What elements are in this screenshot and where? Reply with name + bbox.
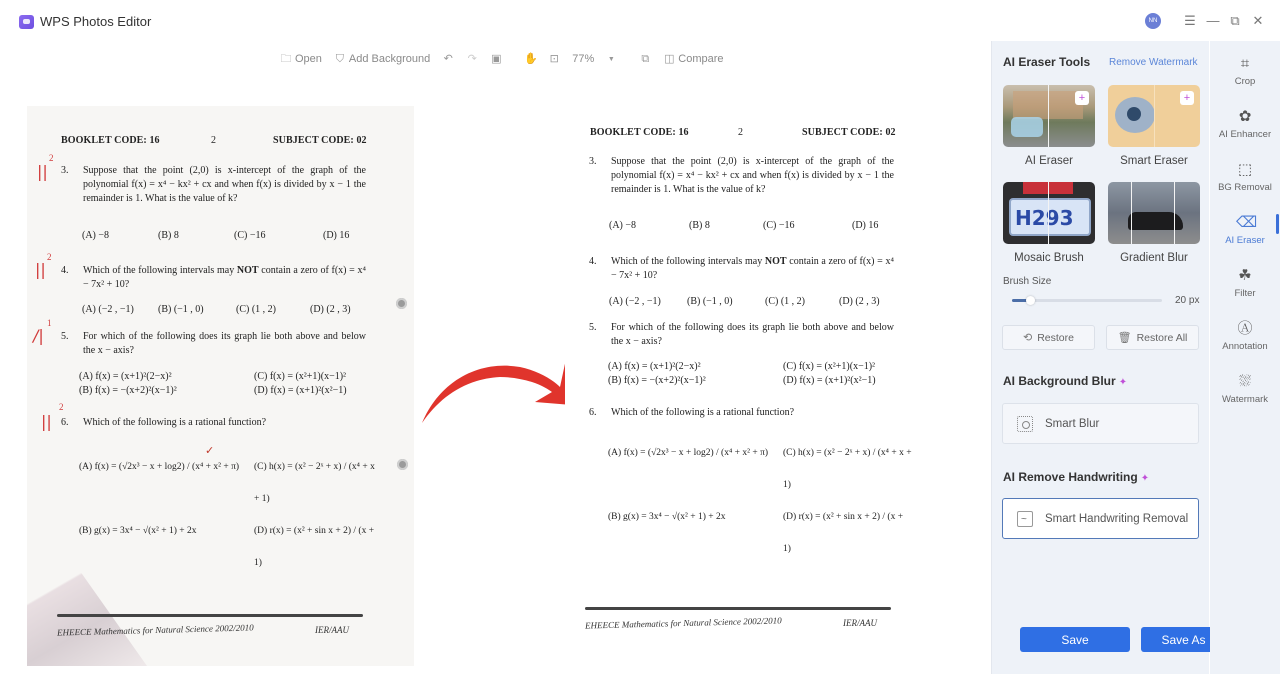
fit-screen-button[interactable]: ⊡ [548,54,560,65]
booklet-code: BOOKLET CODE: 16 [590,127,689,138]
background-icon: ⛉ [334,54,346,65]
zoom-dropdown[interactable]: 77% ▼ [572,53,617,65]
image-button[interactable]: ▣ [490,54,502,65]
nav-filter[interactable]: ☘ Filter [1210,267,1280,315]
toolbar: 🗀 Open ⛉ Add Background ↶ ↷ ▣ ✋ ⊡ 77% ▼ … [280,50,736,68]
ai-eraser-label: AI Eraser [1003,155,1095,167]
app-window: WPS Photos Editor NN ☰ — ⧉ ✕ 🗀 Open ⛉ Ad… [0,0,1280,674]
footer-right: IER/AAU [843,618,877,628]
blur-icon [1017,416,1033,432]
mosaic-brush-tool[interactable]: H293 Mosaic Brush [1003,182,1095,264]
nav-ai-enhancer[interactable]: ✿ AI Enhancer [1210,108,1280,156]
close-button[interactable]: ✕ [1250,12,1266,30]
sparkle-icon: ✦ [1119,377,1127,388]
restore-window-button[interactable]: ⧉ [1227,12,1243,30]
handwriting-score: 2 [59,402,64,412]
side-navigation: ⌗ Crop ✿ AI Enhancer ⬚ BG Removal ⌫ AI E… [1210,41,1280,674]
menu-icon[interactable]: ☰ [1182,12,1198,30]
nav-watermark[interactable]: ⛆ Watermark [1210,373,1280,421]
edited-image: BOOKLET CODE: 16 2 SUBJECT CODE: 02 3. S… [565,100,943,670]
handwriting-mark: || [37,162,48,181]
remove-watermark-link[interactable]: Remove Watermark [1109,57,1198,68]
annotation-icon: Ⓐ [1236,320,1254,338]
watermark-icon: ⛆ [1236,373,1254,391]
plus-icon: + [1075,91,1089,105]
compare-label: Compare [678,53,723,65]
question-5-options: (A) f(x) = (x+1)²(2−x)² (C) f(x) = (x²+1… [79,370,369,398]
user-avatar[interactable]: NN [1145,13,1161,29]
trash-icon: 🗑 [1118,331,1132,344]
copy-icon: ⧉ [639,54,651,65]
active-nav-indicator [1276,214,1279,234]
nav-ai-eraser[interactable]: ⌫ AI Eraser [1210,214,1280,262]
minimize-button[interactable]: — [1205,12,1221,30]
open-label: Open [295,53,322,65]
smart-handwriting-removal-button[interactable]: Smart Handwriting Removal [1002,498,1199,539]
nav-crop[interactable]: ⌗ Crop [1210,55,1280,103]
compare-handle[interactable] [397,459,408,470]
question-6-options: (A) f(x) = (√2x³ − x + log2) / (x⁴ + x² … [79,451,379,579]
mosaic-brush-thumbnail: H293 [1003,182,1095,244]
open-button[interactable]: 🗀 Open [280,53,322,65]
hand-icon: ✋ [524,54,536,65]
question-5-options: (A) f(x) = (x+1)²(2−x)² (C) f(x) = (x²+1… [608,360,908,388]
brush-size-value: 20 px [1175,295,1199,306]
folder-icon: 🗀 [280,54,292,65]
question-6-options: (A) f(x) = (√2x³ − x + log2) / (x⁴ + x² … [608,437,913,565]
sparkle-icon: ✦ [1141,473,1149,484]
page-number: 2 [211,135,216,146]
handwriting-score: 2 [49,153,54,163]
smart-eraser-tool[interactable]: + Smart Eraser [1108,85,1200,167]
save-button[interactable]: Save [1020,627,1130,652]
gradient-blur-label: Gradient Blur [1108,252,1200,264]
filter-icon: ☘ [1236,267,1254,285]
hand-tool-button[interactable]: ✋ [524,54,536,65]
page-number: 2 [738,127,743,138]
footer-right: IER/AAU [315,625,349,635]
handwriting-score: 2 [47,252,52,262]
question-3-options: (A) −8 (B) 8 (C) −16 (D) 16 [82,230,349,241]
question-3-options: (A) −8 (B) 8 (C) −16 (D) 16 [609,220,878,231]
smart-eraser-thumbnail: + [1108,85,1200,147]
smart-blur-button[interactable]: Smart Blur [1002,403,1199,444]
original-image: BOOKLET CODE: 16 2 SUBJECT CODE: 02 || 2… [27,106,414,666]
question-4-options: (A) (−2 , −1) (B) (−1 , 0) (C) (1 , 2) (… [82,304,351,315]
handwriting-mark: /| [33,326,44,345]
handwriting-score: 1 [47,318,52,328]
caret-down-icon: ▼ [605,54,617,65]
brush-size-slider[interactable] [1012,299,1162,302]
subject-code: SUBJECT CODE: 02 [802,127,896,138]
mosaic-brush-label: Mosaic Brush [1003,252,1095,264]
ai-eraser-thumbnail: + [1003,85,1095,147]
brush-size-thumb[interactable] [1026,296,1035,305]
compare-handle[interactable] [396,298,407,309]
crop-icon: ⌗ [1236,55,1254,73]
undo-icon: ↶ [442,54,454,65]
handwriting-mark: || [41,412,52,431]
ai-eraser-tool[interactable]: + AI Eraser [1003,85,1095,167]
fit-screen-icon: ⊡ [548,54,560,65]
app-title: WPS Photos Editor [40,14,151,29]
compare-button[interactable]: ◫ Compare [663,53,723,65]
add-background-label: Add Background [349,53,430,65]
gradient-blur-tool[interactable]: Gradient Blur [1108,182,1200,264]
background-blur-title: AI Background Blur✦ [1003,374,1127,388]
arrow-icon [420,355,580,430]
restore-all-button[interactable]: 🗑 Restore All [1106,325,1199,350]
enhancer-icon: ✿ [1236,108,1254,126]
bg-removal-icon: ⬚ [1236,161,1254,179]
remove-handwriting-title: AI Remove Handwriting✦ [1003,470,1149,484]
booklet-code: BOOKLET CODE: 16 [61,135,160,146]
restore-icon: ⟲ [1023,331,1032,344]
redo-icon: ↷ [466,54,478,65]
nav-annotation[interactable]: Ⓐ Annotation [1210,320,1280,368]
zoom-value: 77% [572,53,594,65]
question-4-options: (A) (−2 , −1) (B) (−1 , 0) (C) (1 , 2) (… [609,296,880,307]
title-bar: WPS Photos Editor NN ☰ — ⧉ ✕ [0,0,1280,42]
restore-button[interactable]: ⟲ Restore [1002,325,1095,350]
image-canvas[interactable]: BOOKLET CODE: 16 2 SUBJECT CODE: 02 || 2… [0,80,990,674]
eraser-tools-title: AI Eraser Tools [1003,55,1090,69]
gradient-blur-thumbnail [1108,182,1200,244]
footer-divider [57,614,363,617]
redo-button[interactable]: ↷ [466,54,478,65]
smart-eraser-label: Smart Eraser [1108,155,1200,167]
plus-icon: + [1180,91,1194,105]
eraser-icon: ⌫ [1236,214,1254,232]
compare-icon: ◫ [663,54,675,65]
footer-divider [585,607,891,610]
handwriting-mark: || [35,260,46,279]
brush-size-label: Brush Size [1003,276,1051,287]
add-background-button[interactable]: ⛉ Add Background [334,53,430,65]
image-icon: ▣ [490,54,502,65]
footer-left: EHEECE Mathematics for Natural Science 2… [585,615,782,630]
handwriting-icon [1017,511,1033,527]
undo-button[interactable]: ↶ [442,54,454,65]
copy-button[interactable]: ⧉ [639,54,651,65]
app-logo-icon [19,15,34,29]
nav-bg-removal[interactable]: ⬚ BG Removal [1210,161,1280,209]
subject-code: SUBJECT CODE: 02 [273,135,367,146]
